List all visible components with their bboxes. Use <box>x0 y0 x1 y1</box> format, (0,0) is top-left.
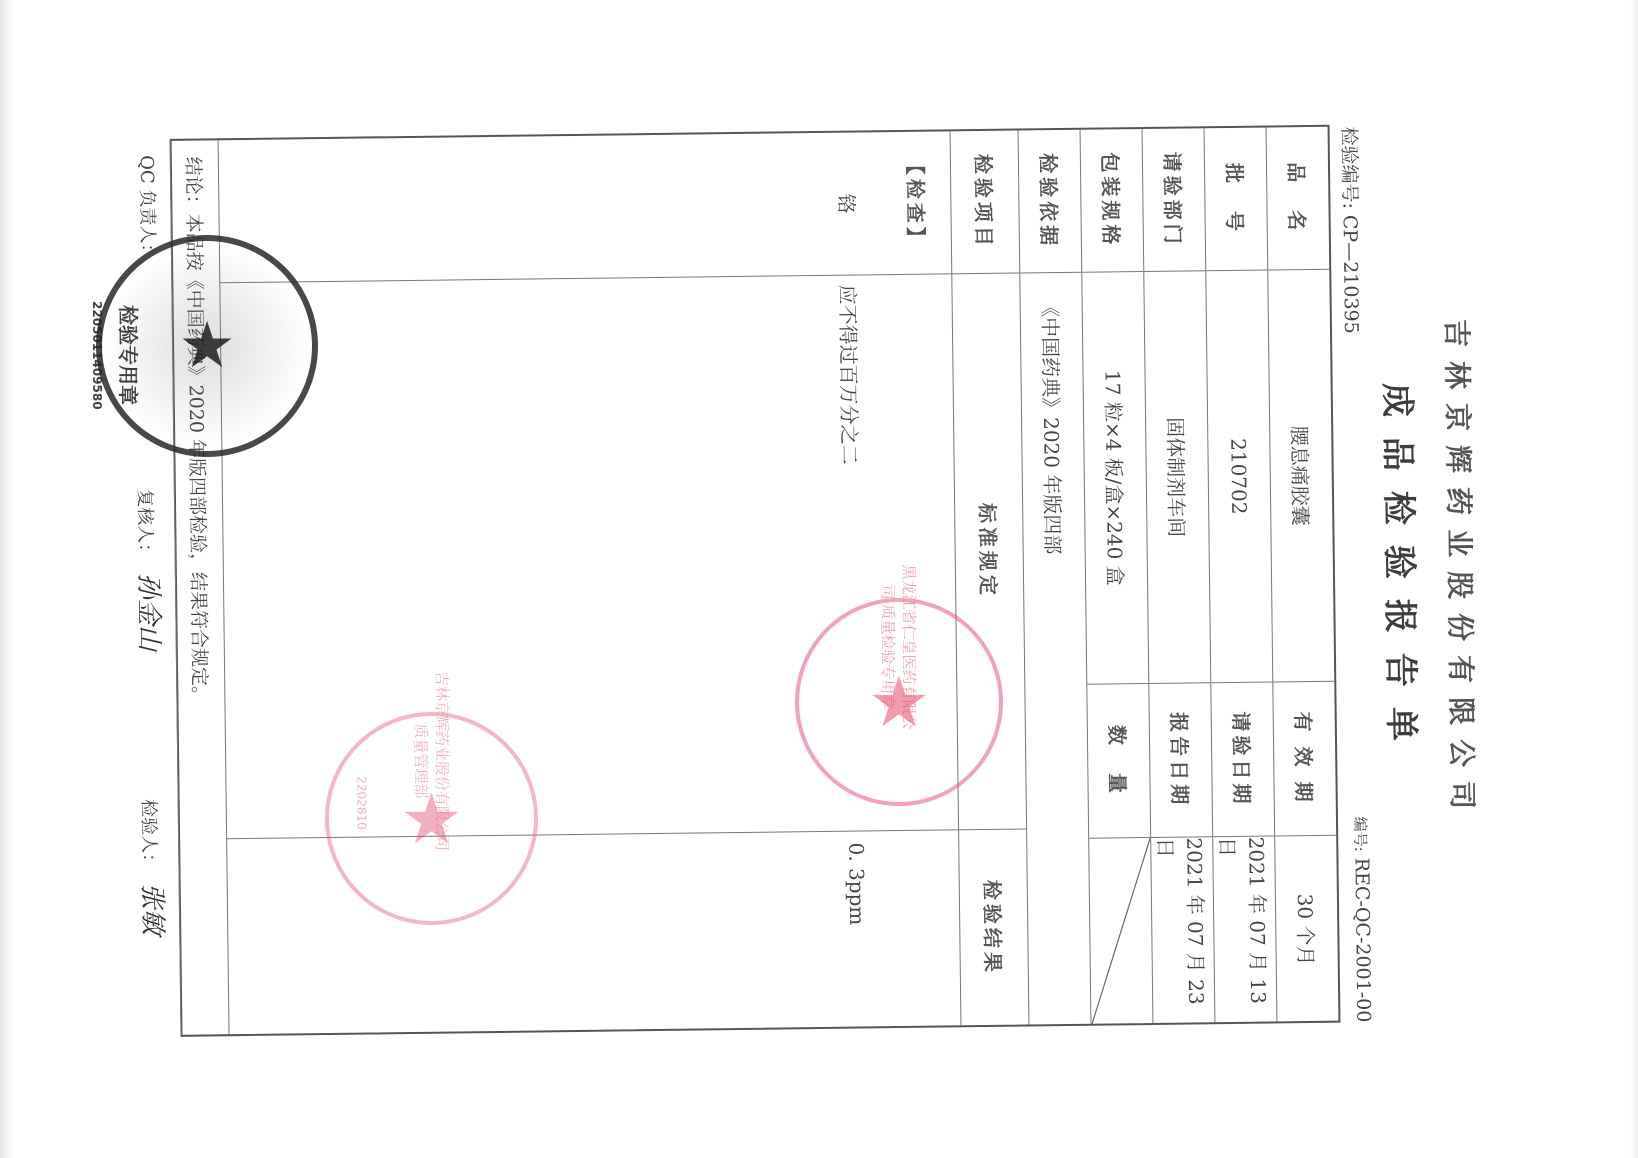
report-title: 成品检验报告单 <box>1372 72 1433 1073</box>
scan-edge <box>0 0 14 1158</box>
inspector-signature: 检验人： 张敏 <box>135 799 174 935</box>
document-number: 编号: REC-QC-2001-00 <box>1350 817 1375 1023</box>
basis-value: 《中国药典》2020 年版四部 <box>1020 272 1090 1027</box>
star-icon: ★ <box>178 314 235 378</box>
document-number-value: REC-QC-2001-00 <box>1350 858 1374 1023</box>
inspector-sign: 张敏 <box>137 883 168 935</box>
inspection-report-sheet: 吉林京辉药业股份有限公司 成品检验报告单 检验编号: CP—210395 编号:… <box>133 71 1505 1088</box>
info-row-package: 包装规格 17 粒×4 板/盒×240 盒 数 量 <box>1080 129 1153 1024</box>
conclusion-label: 结论： <box>182 156 205 213</box>
red-seal-supplier: ★ 黑龙江省仁皇医药有限公司 质量检验专用章 <box>795 598 1003 806</box>
basis-label: 检验依据 <box>1019 130 1082 273</box>
section-label: 【检查】 <box>884 131 952 274</box>
company-name: 吉林京辉药业股份有限公司 <box>1435 71 1487 1071</box>
department-label: 请验部门 <box>1143 128 1206 271</box>
inspector-label: 检验人： <box>138 799 160 871</box>
reviewer-label: 复核人： <box>134 489 156 561</box>
black-seal-label: 检验专用章 <box>115 305 144 405</box>
quantity-label: 数 量 <box>1087 683 1150 838</box>
report-date-value: 2021 年 07 月 23 日 <box>1151 836 1214 1025</box>
inspection-form: 品 名 腰息痛胶囊 有 效 期 30 个月 批 号 210702 请验日期 20… <box>170 125 1341 1037</box>
test-result-chromium: 0. 3ppm <box>820 830 894 1029</box>
info-row-product: 品 名 腰息痛胶囊 有 效 期 30 个月 <box>1266 127 1339 1022</box>
reviewer-signature: 复核人： 孙金山 <box>131 489 170 651</box>
product-name-label: 品 名 <box>1267 127 1330 270</box>
red-seal-qa-code: 2202810 <box>355 776 369 829</box>
inspection-number: 检验编号: CP—210395 <box>1337 126 1367 334</box>
request-date-label: 请验日期 <box>1211 681 1274 836</box>
request-date-value: 2021 年 07 月 13 日 <box>1213 835 1276 1024</box>
report-meta: 检验编号: CP—210395 编号: REC-QC-2001-00 <box>1333 112 1374 1032</box>
diagonal-strike <box>1089 838 1152 1026</box>
report-date-label: 报告日期 <box>1149 682 1212 837</box>
quantity-value <box>1089 837 1152 1026</box>
batch-label: 批 号 <box>1205 128 1268 271</box>
red-seal-qa-text: 吉林京辉药业股份有限公司 质量管理部 <box>411 671 453 851</box>
product-name-value: 腰息痛胶囊 <box>1268 269 1334 682</box>
package-label: 包装规格 <box>1081 129 1144 272</box>
header-result: 检验结果 <box>959 828 1028 1027</box>
document-number-label: 编号: <box>1351 817 1369 852</box>
batch-value: 210702 <box>1206 270 1272 683</box>
package-value: 17 粒×4 板/盒×240 盒 <box>1082 271 1148 684</box>
blank-rows <box>218 133 823 1034</box>
department-value: 固体制剂车间 <box>1144 270 1210 683</box>
header-test-item: 检验项目 <box>951 131 1020 274</box>
validity-value: 30 个月 <box>1275 835 1338 1024</box>
info-row-basis: 检验依据 《中国药典》2020 年版四部 <box>1018 130 1091 1025</box>
validity-label: 有 效 期 <box>1273 681 1336 836</box>
scan-edge <box>1630 0 1638 1158</box>
test-table-header: 检验项目 标准规定 检验结果 <box>950 131 1029 1026</box>
black-seal-inspection: ★ 检验专用章 2205011409580 <box>96 235 318 457</box>
info-row-batch: 批 号 210702 请验日期 2021 年 07 月 13 日 <box>1204 128 1277 1023</box>
red-seal-supplier-text: 黑龙江省仁皇医药有限公司 质量检验专用章 <box>878 562 920 732</box>
inspection-number-value: CP—210395 <box>1339 215 1362 334</box>
qc-manager-label: QC 负责人： <box>136 155 158 262</box>
inspection-number-label: 检验编号: <box>1338 126 1361 209</box>
red-seal-qa: ★ 吉林京辉药业股份有限公司 质量管理部 2202810 <box>325 712 538 925</box>
info-row-department: 请验部门 固体制剂车间 报告日期 2021 年 07 月 23 日 <box>1142 128 1215 1023</box>
black-seal-code: 2205011409580 <box>90 301 104 410</box>
test-item-chromium: 铬 <box>812 132 886 275</box>
reviewer-sign: 孙金山 <box>133 573 164 651</box>
